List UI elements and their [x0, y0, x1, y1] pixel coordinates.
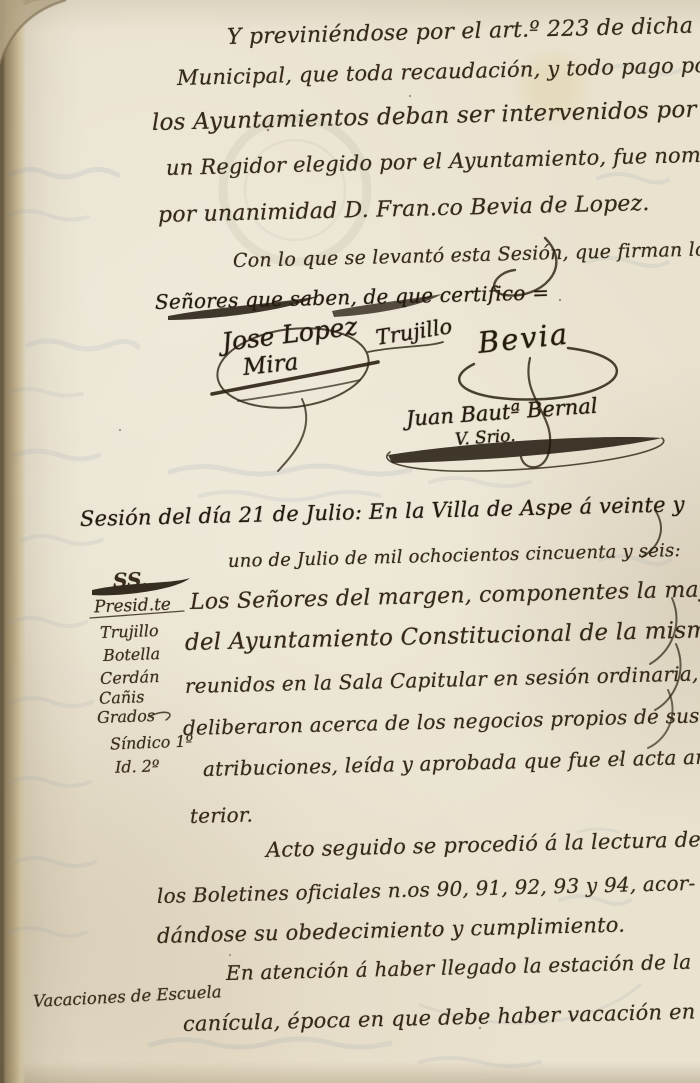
roster-item: Id. 2º [115, 756, 160, 777]
roster-item: Presid.te [94, 595, 172, 618]
roster-item: Cerdán [100, 667, 160, 688]
roster-item: Trujillo [100, 621, 159, 642]
roster-item: Grados [97, 706, 156, 727]
roster-item: SS. [113, 567, 149, 592]
roster-item: Síndico 1º [110, 732, 194, 754]
signature-bernal-title: V. Srio. [454, 426, 516, 450]
binding-edge [0, 0, 26, 1083]
roster-item: Cañis [99, 687, 145, 708]
scanned-manuscript: Y previniéndose por el art.º 223 de dich… [0, 0, 700, 1083]
manuscript-line: terior. [190, 802, 254, 828]
roster-item: Botella [103, 644, 161, 665]
